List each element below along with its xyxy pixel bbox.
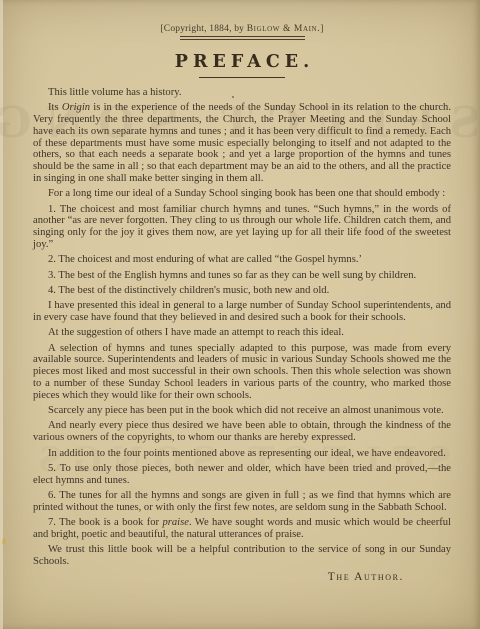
book-page: SELECT SONGS SELECT SONGS [Copyright, 18… bbox=[0, 0, 480, 629]
copyright-text-post: ] bbox=[320, 24, 323, 34]
preface-paragraph-nearly: And nearly every piece thus desired we h… bbox=[33, 420, 451, 444]
preface-paragraph-history: This little volume has a history. bbox=[33, 87, 451, 99]
origin-italic: Origin bbox=[62, 102, 90, 113]
page-title: PREFACE. bbox=[33, 52, 451, 72]
origin-post: is in the experience of the needs of the… bbox=[33, 102, 451, 184]
preface-item-2: 2. The choicest and most enduring of wha… bbox=[33, 254, 451, 266]
preface-paragraph-selection: A selection of hymns and tunes specially… bbox=[33, 343, 451, 402]
preface-item-4: 4. The best of the distinctively childre… bbox=[33, 285, 451, 297]
copyright-divider bbox=[180, 36, 305, 40]
author-signature: The Author. bbox=[33, 571, 451, 583]
preface-paragraph-ideal: For a long time our ideal of a Sunday Sc… bbox=[33, 188, 451, 200]
publisher-name: Biglow & Main. bbox=[247, 24, 320, 34]
origin-pre: Its bbox=[48, 102, 62, 113]
item7-italic: praise bbox=[162, 517, 188, 528]
preface-text: This little volume has a history. Its Or… bbox=[33, 87, 451, 568]
preface-paragraph-presented: I have presented this ideal in general t… bbox=[33, 300, 451, 324]
preface-paragraph-suggestion: At the suggestion of others I have made … bbox=[33, 327, 451, 339]
item7-pre: 7. The book is a book for bbox=[48, 517, 162, 528]
preface-item-6: 6. The tunes for all the hymns and songs… bbox=[33, 490, 451, 514]
preface-paragraph-origin: Its Origin is in the experience of the n… bbox=[33, 102, 451, 185]
preface-item-5: 5. To use only those pieces, both newer … bbox=[33, 463, 451, 487]
preface-paragraph-trust: We trust this little book will be a help… bbox=[33, 544, 451, 568]
preface-item-7: 7. The book is a book for praise. We hav… bbox=[33, 517, 451, 541]
preface-item-1: 1. The choicest and most familiar church… bbox=[33, 204, 451, 251]
preface-item-3: 3. The best of the English hymns and tun… bbox=[33, 270, 451, 282]
page-content: [Copyright, 1884, by Biglow & Main.] PRE… bbox=[33, 24, 451, 583]
paper-speck bbox=[2, 538, 6, 545]
copyright-text-pre: [Copyright, 1884, by bbox=[160, 24, 246, 34]
preface-paragraph-scarcely: Scarcely any piece has been put in the b… bbox=[33, 405, 451, 417]
title-divider bbox=[199, 77, 285, 78]
copyright-line: [Copyright, 1884, by Biglow & Main.] bbox=[33, 24, 451, 34]
preface-paragraph-addition: In addition to the four points mentioned… bbox=[33, 448, 451, 460]
